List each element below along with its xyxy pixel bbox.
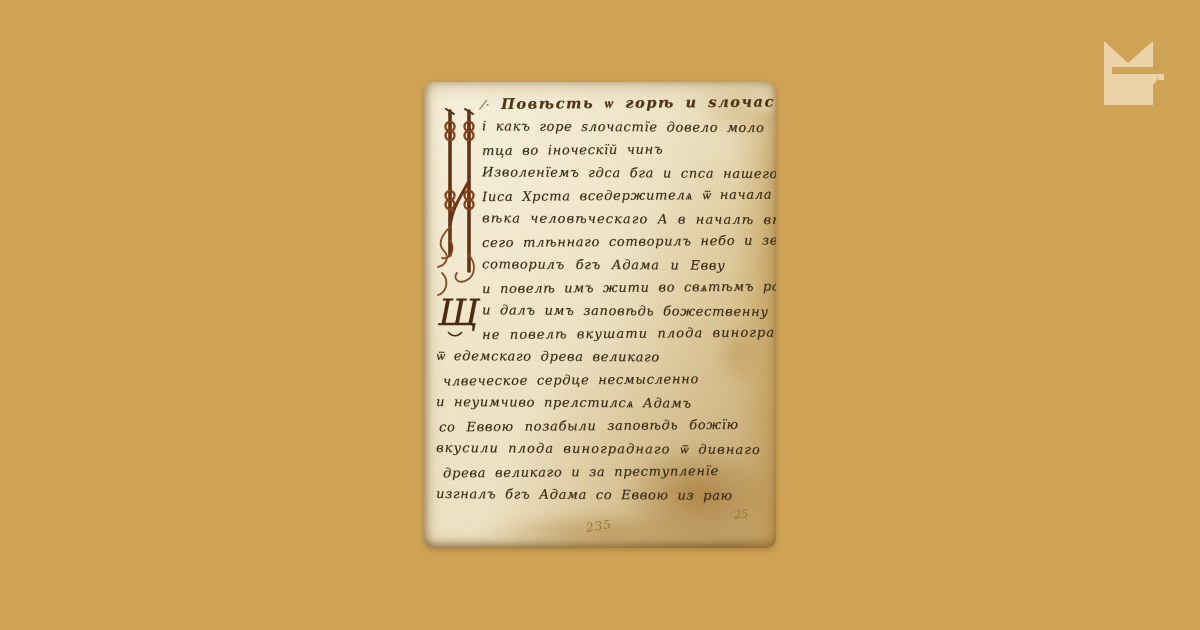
manuscript-line: вкусили плода винограднаго ѿ дивнаго xyxy=(436,437,768,462)
manuscript-line: Изволенїемъ гдса бга и спса нашего xyxy=(436,161,768,186)
manuscript-line: і какъ горе ѕлочастїе довело моло xyxy=(436,115,768,140)
manuscript-line: со Еввою позабыли заповѣдь божїю xyxy=(439,414,768,440)
bookmate-logo-icon[interactable] xyxy=(1104,41,1164,105)
margin-tick: ⁄· xyxy=(482,98,491,112)
manuscript-title-text: Повѣсть ѡ горѣ и ѕлочастїи xyxy=(501,93,776,113)
manuscript-line: сотворилъ бгъ Адама и Евву xyxy=(436,253,768,278)
manuscript-line: вѣка человѣческаго А в началѣ вѣка xyxy=(436,207,768,232)
manuscript-line: и повелѣ имъ жити во свѧтѣмъ раю xyxy=(443,276,768,302)
manuscript-page-image[interactable]: Щ ⁄·Повѣсть ѡ горѣ и ѕлочастїиУпр і какъ… xyxy=(424,82,776,548)
manuscript-line: не повелѣ вкушати плода винограднаго xyxy=(439,322,768,348)
page-number: 235 xyxy=(585,517,613,535)
manuscript-line: члвеческое сердце несмысленно xyxy=(443,368,768,394)
manuscript-line: и неуимчиво прелстилсѧ Адамъ xyxy=(436,391,768,416)
share-card-background: Щ ⁄·Повѣсть ѡ горѣ и ѕлочастїиУпр і какъ… xyxy=(0,0,1200,630)
manuscript-line: изгналъ бгъ Адама со Еввою из раю xyxy=(436,483,768,508)
manuscript-text: Щ ⁄·Повѣсть ѡ горѣ и ѕлочастїиУпр і какъ… xyxy=(436,92,768,506)
manuscript-line: ѿ едемскаго древа великаго xyxy=(436,345,768,370)
manuscript-line: тца во іноческїй чинъ xyxy=(439,138,768,164)
manuscript-line: сего тлѣннаго сотворилъ небо и землю xyxy=(439,230,768,256)
corner-flourish-number: 25 xyxy=(733,507,748,521)
manuscript-line: и далъ имъ заповѣдь божественну xyxy=(436,299,768,324)
manuscript-line: древа великаго и за преступленїе xyxy=(443,460,768,486)
manuscript-title: ⁄·Повѣсть ѡ горѣ и ѕлочастїиУпр xyxy=(436,91,768,118)
manuscript-line: Іиса Хрста вседержителѧ ѿ начала xyxy=(443,184,768,210)
manuscript-lines: і какъ горе ѕлочастїе довело молотца во … xyxy=(436,116,768,507)
